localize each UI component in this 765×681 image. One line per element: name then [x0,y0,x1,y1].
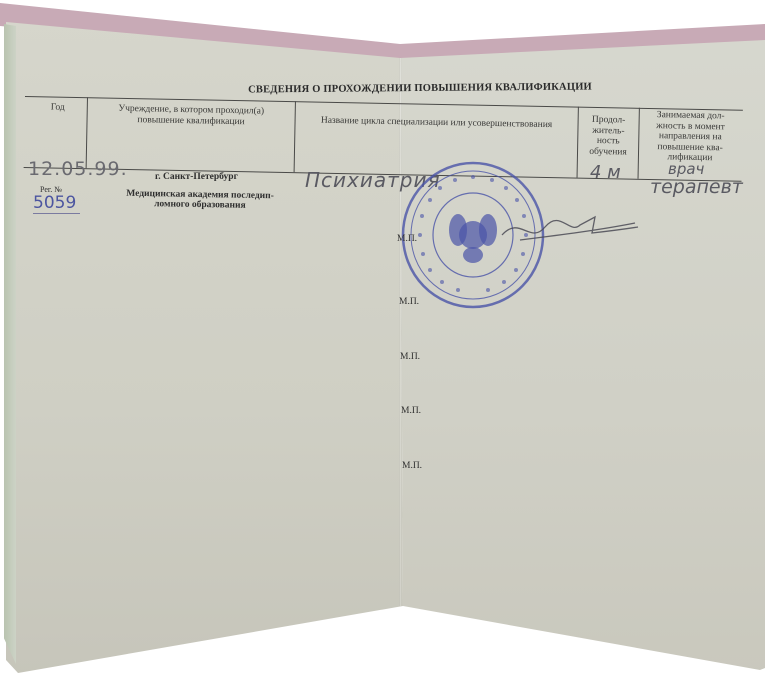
column-header-duration-line4: обучения [579,146,637,158]
entry-city: г. Санкт-Петербург [155,172,238,182]
stamp-placeholder-2: М.П. [400,352,420,362]
stamp-placeholder-3: М.П. [401,406,421,416]
entry-duration: 4 м [590,162,621,183]
column-header-duration: Продол- житель- ность обучения [579,115,638,158]
entry-date: 12.05.99. [28,158,128,180]
entry-position-line2: терапевт [650,176,743,198]
column-header-cycle: Название цикла специализации или усоверш… [296,115,576,131]
stamp-placeholder-entry: М.П. [397,234,417,244]
stamp-placeholder-4: М.П. [402,461,422,471]
column-header-position: Занимаемая дол- жность в момент направле… [640,110,741,164]
stamp-placeholder-1: М.П. [399,297,419,307]
document-photo: СВЕДЕНИЯ О ПРОХОЖДЕНИИ ПОВЫШЕНИЯ КВАЛИФИ… [0,0,765,681]
entry-institution: Медицинская академия последип- ломного о… [105,188,295,211]
entry-reg-number: 5059 [33,193,80,214]
signature [500,205,640,255]
column-header-year: Год [43,102,73,113]
left-cover-edge [4,24,16,664]
column-header-institution: Учреждение, в котором проходил(а) повыше… [88,103,293,128]
